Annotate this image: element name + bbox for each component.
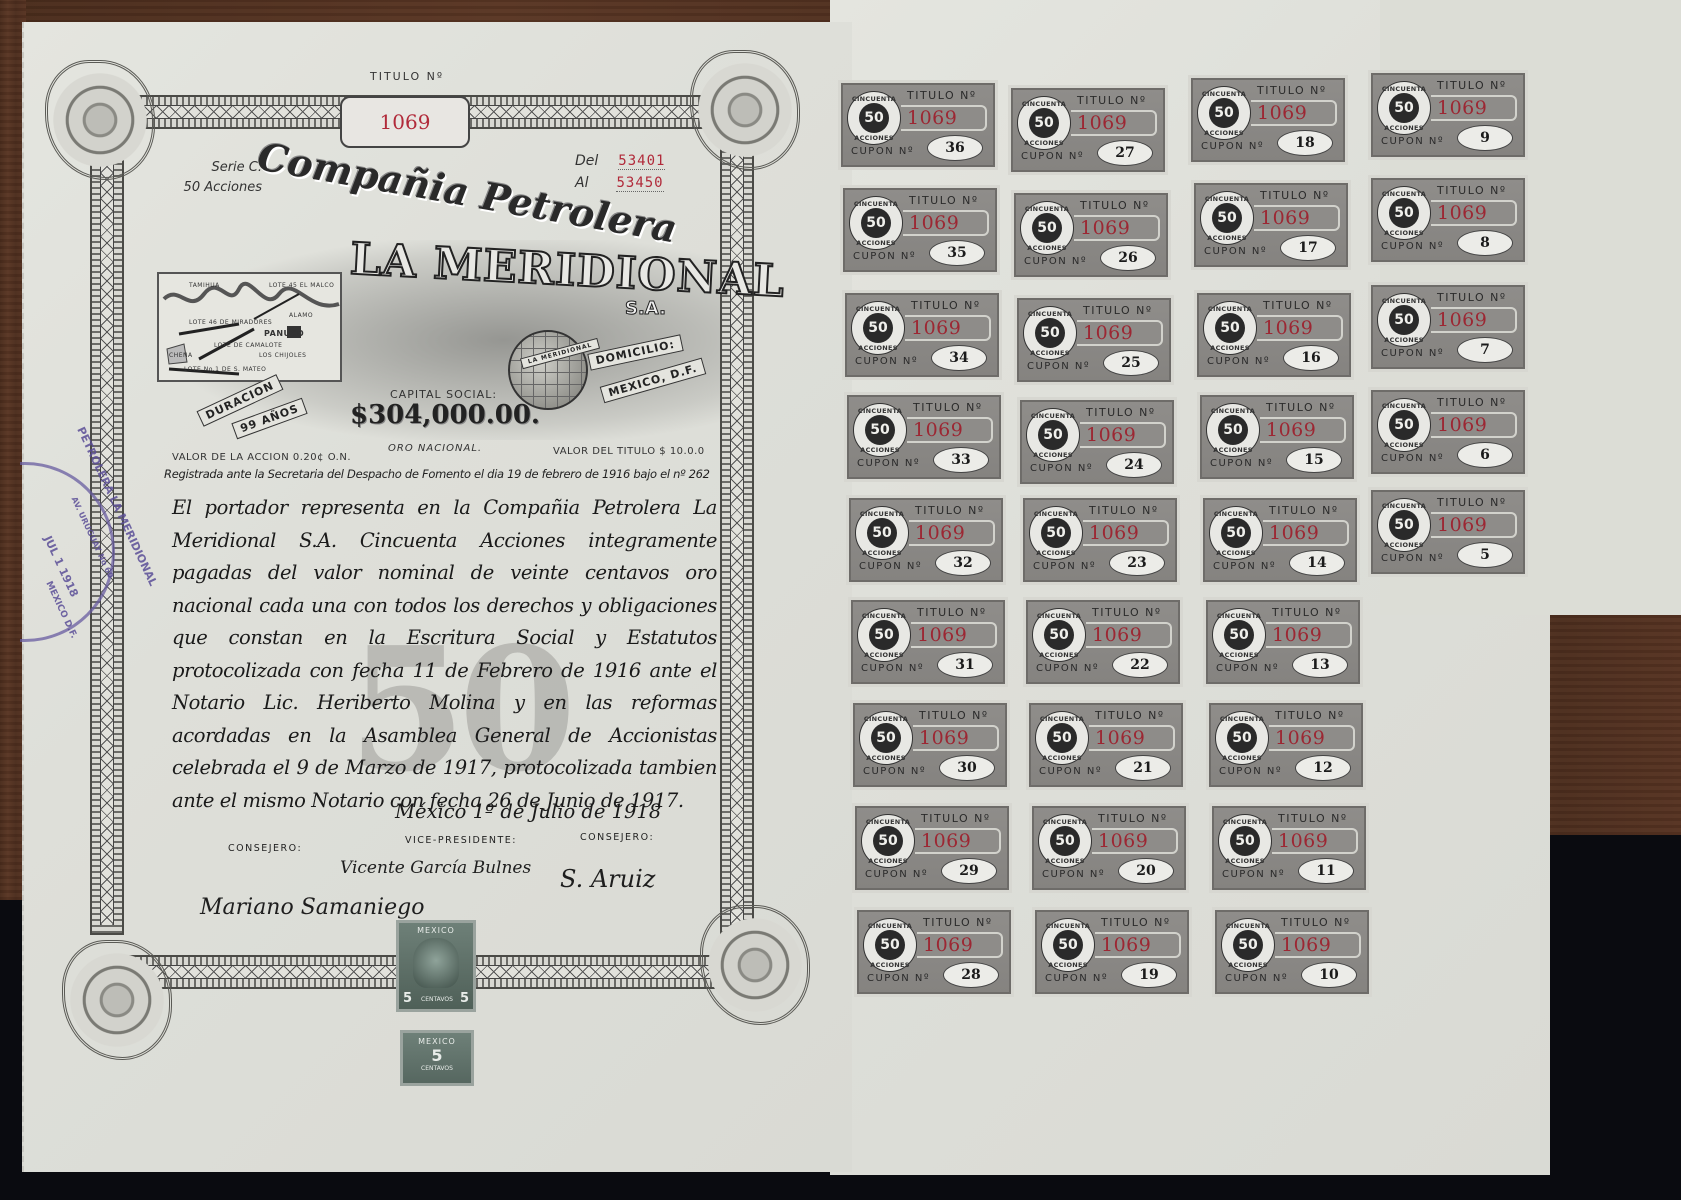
coupon-number: 25 bbox=[1103, 350, 1159, 376]
dividend-coupon[interactable]: CINCUENTA 50 ACCIONES TITULO Nº 1069 CUP… bbox=[842, 290, 1002, 380]
seal-ring-top: CINCUENTA bbox=[1382, 297, 1426, 305]
coupon-cupon-label: CUPON Nº bbox=[855, 356, 918, 367]
seal-ring-bottom: ACCIONES bbox=[1042, 754, 1081, 762]
coupon-titulo-label: TITULO Nº bbox=[921, 812, 991, 825]
coupon-titulo-label: TITULO Nº bbox=[1089, 504, 1159, 517]
coupon-number: 32 bbox=[935, 550, 991, 576]
stamp-country: MEXICO bbox=[418, 1037, 456, 1046]
coupon-titulo-number: 1069 bbox=[917, 624, 967, 646]
coupon-cupon-label: CUPON Nº bbox=[867, 973, 930, 984]
seal-ring-top: CINCUENTA bbox=[866, 818, 910, 826]
cincuenta-acciones-seal-icon: CINCUENTA 50 ACCIONES bbox=[851, 301, 905, 355]
seal-value: 50 bbox=[1044, 620, 1074, 650]
cincuenta-acciones-seal-icon: CINCUENTA 50 ACCIONES bbox=[861, 814, 915, 868]
cincuenta-acciones-seal-icon: CINCUENTA 50 ACCIONES bbox=[857, 608, 911, 662]
cincuenta-acciones-seal-icon: CINCUENTA 50 ACCIONES bbox=[1377, 498, 1431, 552]
cincuenta-acciones-seal-icon: CINCUENTA 50 ACCIONES bbox=[1023, 306, 1077, 360]
del-value: 53401 bbox=[618, 153, 665, 170]
cincuenta-acciones-seal-icon: CINCUENTA 50 ACCIONES bbox=[1038, 814, 1092, 868]
coupon-titulo-label: TITULO Nº bbox=[1266, 401, 1336, 414]
coupon-titulo-number: 1069 bbox=[1272, 624, 1322, 646]
seal-value: 50 bbox=[873, 826, 903, 856]
seal-value: 50 bbox=[1230, 826, 1260, 856]
seal-ring-bottom: ACCIONES bbox=[1027, 244, 1066, 252]
dividend-coupon[interactable]: CINCUENTA 50 ACCIONES TITULO Nº 1069 CUP… bbox=[1209, 803, 1369, 893]
seal-value: 50 bbox=[1389, 410, 1419, 440]
seal-ring-bottom: ACCIONES bbox=[1384, 336, 1423, 344]
cincuenta-acciones-seal-icon: CINCUENTA 50 ACCIONES bbox=[1041, 918, 1095, 972]
dividend-coupon[interactable]: CINCUENTA 50 ACCIONES TITULO Nº 1069 CUP… bbox=[838, 80, 998, 170]
cincuenta-acciones-seal-icon: CINCUENTA 50 ACCIONES bbox=[853, 403, 907, 457]
coupon-titulo-label: TITULO Nº bbox=[915, 504, 985, 517]
coupon-titulo-label: TITULO Nº bbox=[919, 709, 989, 722]
coupon-number: 22 bbox=[1112, 652, 1168, 678]
coupon-number: 17 bbox=[1280, 235, 1336, 261]
seal-ring-top: CINCUENTA bbox=[1022, 100, 1066, 108]
coupon-titulo-label: TITULO Nº bbox=[1281, 916, 1351, 929]
dividend-coupon[interactable]: CINCUENTA 50 ACCIONES TITULO Nº 1069 CUP… bbox=[1032, 907, 1192, 997]
seal-ring-bottom: ACCIONES bbox=[866, 754, 905, 762]
cincuenta-acciones-seal-icon: CINCUENTA 50 ACCIONES bbox=[1203, 301, 1257, 355]
seal-ring-top: CINCUENTA bbox=[1025, 205, 1069, 213]
seal-ring-bottom: ACCIONES bbox=[1222, 754, 1261, 762]
coupon-cupon-label: CUPON Nº bbox=[1219, 766, 1282, 777]
del-label: Del bbox=[575, 153, 598, 169]
dividend-coupon[interactable]: CINCUENTA 50 ACCIONES TITULO Nº 1069 CUP… bbox=[1200, 495, 1360, 585]
map-label: PANUCO bbox=[264, 329, 304, 338]
coupon-cupon-label: CUPON Nº bbox=[1036, 663, 1099, 674]
cincuenta-acciones-seal-icon: CINCUENTA 50 ACCIONES bbox=[1197, 86, 1251, 140]
seal-value: 50 bbox=[1053, 930, 1083, 960]
share-value: VALOR DE LA ACCION 0.20¢ O.N. bbox=[172, 452, 351, 463]
seal-value: 50 bbox=[1389, 305, 1419, 335]
certificate-body-text: El portador representa en la Compañia Pe… bbox=[172, 492, 717, 817]
seal-value: 50 bbox=[1389, 93, 1419, 123]
coupon-titulo-number: 1069 bbox=[1266, 419, 1316, 441]
dividend-coupon[interactable]: CINCUENTA 50 ACCIONES TITULO Nº 1069 CUP… bbox=[1368, 487, 1528, 577]
map-label: LOTE DE CAMALOTE bbox=[214, 342, 282, 349]
seal-ring-bottom: ACCIONES bbox=[1033, 451, 1072, 459]
coupon-cupon-label: CUPON Nº bbox=[865, 869, 928, 880]
seal-value: 50 bbox=[1209, 98, 1239, 128]
dividend-coupon[interactable]: CINCUENTA 50 ACCIONES TITULO Nº 1069 CUP… bbox=[1194, 290, 1354, 380]
dividend-coupon[interactable]: CINCUENTA 50 ACCIONES TITULO Nº 1069 CUP… bbox=[1368, 70, 1528, 160]
stamp-portrait-icon bbox=[413, 938, 459, 988]
coupon-titulo-label: TITULO Nº bbox=[1278, 812, 1348, 825]
coupon-titulo-number: 1069 bbox=[1275, 727, 1325, 749]
coupon-titulo-label: TITULO Nº bbox=[909, 194, 979, 207]
coupon-cupon-label: CUPON Nº bbox=[1381, 553, 1444, 564]
cincuenta-acciones-seal-icon: CINCUENTA 50 ACCIONES bbox=[1026, 408, 1080, 462]
coupon-titulo-label: TITULO Nº bbox=[1080, 199, 1150, 212]
stamp-value: 5 bbox=[460, 991, 469, 1006]
coupon-cupon-label: CUPON Nº bbox=[1210, 458, 1273, 469]
dividend-coupon[interactable]: CINCUENTA 50 ACCIONES TITULO Nº 1069 CUP… bbox=[1008, 85, 1168, 175]
cincuenta-acciones-seal-icon: CINCUENTA 50 ACCIONES bbox=[1206, 403, 1260, 457]
seal-ring-top: CINCUENTA bbox=[1382, 502, 1426, 510]
seal-ring-top: CINCUENTA bbox=[856, 305, 900, 313]
coupon-cupon-label: CUPON Nº bbox=[1222, 869, 1285, 880]
coupon-number: 26 bbox=[1100, 245, 1156, 271]
serie-label: Serie C. bbox=[182, 158, 262, 178]
coupon-cupon-label: CUPON Nº bbox=[1042, 869, 1105, 880]
oro-nacional: ORO NACIONAL. bbox=[388, 443, 482, 454]
seal-value: 50 bbox=[863, 313, 893, 343]
coupon-cupon-label: CUPON Nº bbox=[1381, 136, 1444, 147]
seal-ring-bottom: ACCIONES bbox=[1225, 857, 1264, 865]
cincuenta-acciones-seal-icon: CINCUENTA 50 ACCIONES bbox=[1377, 81, 1431, 135]
seal-ring-top: CINCUENTA bbox=[1040, 715, 1084, 723]
dividend-coupon[interactable]: CINCUENTA 50 ACCIONES TITULO Nº 1069 CUP… bbox=[1026, 700, 1186, 790]
coupon-number: 33 bbox=[933, 447, 989, 473]
coupon-number: 27 bbox=[1097, 140, 1153, 166]
seal-ring-bottom: ACCIONES bbox=[856, 239, 895, 247]
dividend-coupon[interactable]: CINCUENTA 50 ACCIONES TITULO Nº 1069 CUP… bbox=[1188, 75, 1348, 165]
company-suffix: S.A. bbox=[625, 298, 666, 319]
seal-ring-bottom: ACCIONES bbox=[1219, 651, 1258, 659]
dividend-coupon[interactable]: CINCUENTA 50 ACCIONES TITULO Nº 1069 CUP… bbox=[1368, 175, 1528, 265]
coupon-titulo-number: 1069 bbox=[1437, 97, 1487, 119]
seal-ring-bottom: ACCIONES bbox=[854, 134, 893, 142]
seal-value: 50 bbox=[1233, 930, 1263, 960]
dividend-coupon[interactable]: CINCUENTA 50 ACCIONES TITULO Nº 1069 CUP… bbox=[1212, 907, 1372, 997]
dividend-coupon[interactable]: CINCUENTA 50 ACCIONES TITULO Nº 1069 CUP… bbox=[850, 700, 1010, 790]
seal-ring-bottom: ACCIONES bbox=[1036, 549, 1075, 557]
coupon-number: 23 bbox=[1109, 550, 1165, 576]
coupon-number: 8 bbox=[1457, 230, 1513, 256]
map-label: LOS CHIJOLES bbox=[259, 352, 306, 359]
coupon-number: 19 bbox=[1121, 962, 1177, 988]
coupon-number: 16 bbox=[1283, 345, 1339, 371]
seal-ring-bottom: ACCIONES bbox=[860, 446, 899, 454]
cincuenta-acciones-seal-icon: CINCUENTA 50 ACCIONES bbox=[849, 196, 903, 250]
seal-ring-bottom: ACCIONES bbox=[1048, 961, 1087, 969]
coupon-number: 10 bbox=[1301, 962, 1357, 988]
coupon-cupon-label: CUPON Nº bbox=[1216, 663, 1279, 674]
revenue-stamp-2: MEXICO 5 CENTAVOS bbox=[400, 1030, 474, 1086]
seal-value: 50 bbox=[1050, 826, 1080, 856]
coupon-titulo-label: TITULO Nº bbox=[1257, 84, 1327, 97]
cincuenta-acciones-seal-icon: CINCUENTA 50 ACCIONES bbox=[1377, 293, 1431, 347]
coupon-number: 11 bbox=[1298, 858, 1354, 884]
coupon-titulo-label: TITULO Nº bbox=[1086, 406, 1156, 419]
coupon-titulo-number: 1069 bbox=[909, 212, 959, 234]
vice-presidente-label: VICE-PRESIDENTE: bbox=[405, 835, 517, 846]
coupon-number: 35 bbox=[929, 240, 985, 266]
seal-ring-bottom: ACCIONES bbox=[1204, 129, 1243, 137]
seal-ring-top: CINCUENTA bbox=[1028, 310, 1072, 318]
dividend-coupon[interactable]: CINCUENTA 50 ACCIONES TITULO Nº 1069 CUP… bbox=[1014, 295, 1174, 385]
coupon-cupon-label: CUPON Nº bbox=[857, 458, 920, 469]
coupon-number: 18 bbox=[1277, 130, 1333, 156]
cincuenta-acciones-seal-icon: CINCUENTA 50 ACCIONES bbox=[1377, 398, 1431, 452]
dividend-coupon[interactable]: CINCUENTA 50 ACCIONES TITULO Nº 1069 CUP… bbox=[1011, 190, 1171, 280]
dividend-coupon[interactable]: CINCUENTA 50 ACCIONES TITULO Nº 1069 CUP… bbox=[1023, 597, 1183, 687]
seal-ring-top: CINCUENTA bbox=[1382, 190, 1426, 198]
seal-ring-bottom: ACCIONES bbox=[1384, 124, 1423, 132]
coupon-cupon-label: CUPON Nº bbox=[851, 146, 914, 157]
seal-ring-top: CINCUENTA bbox=[1043, 818, 1087, 826]
coupon-titulo-number: 1069 bbox=[921, 830, 971, 852]
seal-ring-bottom: ACCIONES bbox=[868, 857, 907, 865]
seal-value: 50 bbox=[1218, 415, 1248, 445]
coupon-titulo-number: 1069 bbox=[1260, 207, 1310, 229]
titulo-number-box: 1069 bbox=[340, 96, 470, 148]
issue-date: México 1º de Julio de 1918 bbox=[395, 800, 661, 823]
dividend-coupon[interactable]: CINCUENTA 50 ACCIONES TITULO Nº 1069 CUP… bbox=[1368, 387, 1528, 477]
coupon-titulo-number: 1069 bbox=[919, 727, 969, 749]
coupon-titulo-label: TITULO Nº bbox=[1437, 184, 1507, 197]
coupon-titulo-label: TITULO Nº bbox=[1263, 299, 1333, 312]
seal-ring-top: CINCUENTA bbox=[1220, 715, 1264, 723]
seal-value: 50 bbox=[869, 620, 899, 650]
seal-ring-top: CINCUENTA bbox=[852, 95, 896, 103]
coupon-number: 14 bbox=[1289, 550, 1345, 576]
al-value: 53450 bbox=[616, 175, 663, 192]
series-info: Serie C. 50 Acciones bbox=[182, 158, 262, 198]
coupon-titulo-number: 1069 bbox=[1437, 202, 1487, 224]
coupon-titulo-label: TITULO Nº bbox=[913, 401, 983, 414]
seal-ring-bottom: ACCIONES bbox=[1213, 446, 1252, 454]
coupon-titulo-number: 1069 bbox=[1092, 624, 1142, 646]
coupon-number: 21 bbox=[1115, 755, 1171, 781]
coupon-titulo-label: TITULO Nº bbox=[1437, 79, 1507, 92]
seal-value: 50 bbox=[1035, 318, 1065, 348]
seal-ring-bottom: ACCIONES bbox=[1207, 234, 1246, 242]
coupon-titulo-label: TITULO Nº bbox=[1437, 496, 1507, 509]
coupon-titulo-number: 1069 bbox=[1437, 309, 1487, 331]
coupon-number: 12 bbox=[1295, 755, 1351, 781]
seal-ring-top: CINCUENTA bbox=[1382, 85, 1426, 93]
dividend-coupon[interactable]: CINCUENTA 50 ACCIONES TITULO Nº 1069 CUP… bbox=[1029, 803, 1189, 893]
seal-ring-top: CINCUENTA bbox=[1382, 402, 1426, 410]
seal-value: 50 bbox=[1227, 723, 1257, 753]
seal-value: 50 bbox=[1038, 420, 1068, 450]
seal-ring-top: CINCUENTA bbox=[1202, 90, 1246, 98]
dividend-coupon[interactable]: CINCUENTA 50 ACCIONES TITULO Nº 1069 CUP… bbox=[840, 185, 1000, 275]
coupon-titulo-label: TITULO Nº bbox=[1095, 709, 1165, 722]
seal-value: 50 bbox=[867, 518, 897, 548]
seal-ring-bottom: ACCIONES bbox=[1228, 961, 1267, 969]
coupon-number: 9 bbox=[1457, 125, 1513, 151]
seal-ring-bottom: ACCIONES bbox=[864, 651, 903, 659]
coupon-cupon-label: CUPON Nº bbox=[1381, 453, 1444, 464]
coupon-titulo-label: TITULO Nº bbox=[1092, 606, 1162, 619]
titulo-label: TITULO Nº bbox=[370, 70, 444, 83]
dividend-coupon[interactable]: CINCUENTA 50 ACCIONES TITULO Nº 1069 CUP… bbox=[846, 495, 1006, 585]
seal-ring-bottom: ACCIONES bbox=[1216, 549, 1255, 557]
seal-value: 50 bbox=[1389, 198, 1419, 228]
cincuenta-acciones-seal-icon: CINCUENTA 50 ACCIONES bbox=[1035, 711, 1089, 765]
acciones-count: 50 Acciones bbox=[182, 178, 262, 198]
cincuenta-acciones-seal-icon: CINCUENTA 50 ACCIONES bbox=[1020, 201, 1074, 255]
cincuenta-acciones-seal-icon: CINCUENTA 50 ACCIONES bbox=[847, 91, 901, 145]
coupon-titulo-number: 1069 bbox=[1095, 727, 1145, 749]
vice-presidente-signature: Vicente García Bulnes bbox=[340, 858, 531, 878]
map-label: CHENA bbox=[169, 352, 193, 359]
coupon-titulo-number: 1069 bbox=[907, 107, 957, 129]
coupon-titulo-label: TITULO Nº bbox=[1098, 812, 1168, 825]
seal-ring-top: CINCUENTA bbox=[858, 407, 902, 415]
seal-value: 50 bbox=[1041, 518, 1071, 548]
seal-ring-bottom: ACCIONES bbox=[1210, 344, 1249, 352]
coupon-cupon-label: CUPON Nº bbox=[1027, 361, 1090, 372]
revenue-stamp: MEXICO 55 CENTAVOS bbox=[396, 920, 476, 1012]
coupon-cupon-label: CUPON Nº bbox=[861, 663, 924, 674]
seal-ring-top: CINCUENTA bbox=[1031, 412, 1075, 420]
seal-value: 50 bbox=[1032, 213, 1062, 243]
dividend-coupon[interactable]: CINCUENTA 50 ACCIONES TITULO Nº 1069 CUP… bbox=[1191, 180, 1351, 270]
dividend-coupon[interactable]: CINCUENTA 50 ACCIONES TITULO Nº 1069 CUP… bbox=[852, 803, 1012, 893]
seal-ring-top: CINCUENTA bbox=[1211, 407, 1255, 415]
coupon-titulo-number: 1069 bbox=[1281, 934, 1331, 956]
coupon-titulo-label: TITULO Nº bbox=[911, 299, 981, 312]
seal-value: 50 bbox=[859, 103, 889, 133]
coupon-number: 30 bbox=[939, 755, 995, 781]
coupon-titulo-number: 1069 bbox=[1083, 322, 1133, 344]
seal-ring-top: CINCUENTA bbox=[1208, 305, 1252, 313]
coupon-cupon-label: CUPON Nº bbox=[1381, 241, 1444, 252]
titulo-number: 1069 bbox=[380, 110, 431, 134]
oil-fields-map: TAMIHUA LOTE 45 EL MALCO LOTE 46 DE MIRA… bbox=[157, 272, 342, 382]
dividend-coupon[interactable]: CINCUENTA 50 ACCIONES TITULO Nº 1069 CUP… bbox=[844, 392, 1004, 482]
seal-value: 50 bbox=[1389, 510, 1419, 540]
seal-value: 50 bbox=[875, 930, 905, 960]
seal-ring-top: CINCUENTA bbox=[1214, 510, 1258, 518]
registration-line: Registrada ante la Secretaria del Despac… bbox=[164, 467, 710, 481]
coupon-number: 7 bbox=[1457, 337, 1513, 363]
coupon-number: 15 bbox=[1286, 447, 1342, 473]
share-range: Del53401 Al53450 bbox=[575, 150, 665, 194]
dividend-coupon[interactable]: CINCUENTA 50 ACCIONES TITULO Nº 1069 CUP… bbox=[1203, 597, 1363, 687]
seal-value: 50 bbox=[1221, 518, 1251, 548]
coupon-number: 24 bbox=[1106, 452, 1162, 478]
cincuenta-acciones-seal-icon: CINCUENTA 50 ACCIONES bbox=[859, 711, 913, 765]
coupon-titulo-label: TITULO Nº bbox=[1083, 304, 1153, 317]
seal-ring-top: CINCUENTA bbox=[1034, 510, 1078, 518]
seal-value: 50 bbox=[1215, 313, 1245, 343]
dividend-coupon[interactable]: CINCUENTA 50 ACCIONES TITULO Nº 1069 CUP… bbox=[848, 597, 1008, 687]
seal-ring-top: CINCUENTA bbox=[1226, 922, 1270, 930]
seal-ring-top: CINCUENTA bbox=[1223, 818, 1267, 826]
coupon-number: 5 bbox=[1457, 542, 1513, 568]
stamp-value: 5 bbox=[431, 1046, 442, 1065]
seal-ring-top: CINCUENTA bbox=[864, 715, 908, 723]
coupon-number: 34 bbox=[931, 345, 987, 371]
dividend-coupon[interactable]: CINCUENTA 50 ACCIONES TITULO Nº 1069 CUP… bbox=[1017, 397, 1177, 487]
cincuenta-acciones-seal-icon: CINCUENTA 50 ACCIONES bbox=[1212, 608, 1266, 662]
coupon-cupon-label: CUPON Nº bbox=[1021, 151, 1084, 162]
seal-ring-bottom: ACCIONES bbox=[1384, 441, 1423, 449]
coupon-number: 36 bbox=[927, 135, 983, 161]
seal-value: 50 bbox=[1029, 108, 1059, 138]
dividend-coupon[interactable]: CINCUENTA 50 ACCIONES TITULO Nº 1069 CUP… bbox=[1206, 700, 1366, 790]
seal-ring-bottom: ACCIONES bbox=[862, 549, 901, 557]
seal-ring-bottom: ACCIONES bbox=[1039, 651, 1078, 659]
seal-ring-bottom: ACCIONES bbox=[1030, 349, 1069, 357]
coupon-titulo-number: 1069 bbox=[1101, 934, 1151, 956]
coupon-titulo-number: 1069 bbox=[1437, 514, 1487, 536]
consejero-left-signature: Mariano Samaniego bbox=[200, 895, 424, 920]
cincuenta-acciones-seal-icon: CINCUENTA 50 ACCIONES bbox=[1215, 711, 1269, 765]
coupon-titulo-number: 1069 bbox=[1077, 112, 1127, 134]
seal-ring-bottom: ACCIONES bbox=[1384, 541, 1423, 549]
seal-ring-bottom: ACCIONES bbox=[1384, 229, 1423, 237]
cincuenta-acciones-seal-icon: CINCUENTA 50 ACCIONES bbox=[1017, 96, 1071, 150]
coupon-titulo-label: TITULO Nº bbox=[907, 89, 977, 102]
dividend-coupon[interactable]: CINCUENTA 50 ACCIONES TITULO Nº 1069 CUP… bbox=[1197, 392, 1357, 482]
cincuenta-acciones-seal-icon: CINCUENTA 50 ACCIONES bbox=[1032, 608, 1086, 662]
coupon-cupon-label: CUPON Nº bbox=[1039, 766, 1102, 777]
coupon-cupon-label: CUPON Nº bbox=[1030, 463, 1093, 474]
coupon-cupon-label: CUPON Nº bbox=[863, 766, 926, 777]
globe-icon bbox=[508, 330, 588, 410]
seal-ring-top: CINCUENTA bbox=[860, 510, 904, 518]
title-value: VALOR DEL TITULO $ 10.0.0 bbox=[553, 446, 705, 457]
coupon-titulo-number: 1069 bbox=[1269, 522, 1319, 544]
coupon-titulo-number: 1069 bbox=[913, 419, 963, 441]
coupon-number: 31 bbox=[937, 652, 993, 678]
dividend-coupon[interactable]: CINCUENTA 50 ACCIONES TITULO Nº 1069 CUP… bbox=[1368, 282, 1528, 372]
cincuenta-acciones-seal-icon: CINCUENTA 50 ACCIONES bbox=[1029, 506, 1083, 560]
seal-ring-top: CINCUENTA bbox=[1037, 612, 1081, 620]
coupon-cupon-label: CUPON Nº bbox=[1207, 356, 1270, 367]
coupon-titulo-number: 1069 bbox=[1086, 424, 1136, 446]
stamp-country: MEXICO bbox=[417, 926, 455, 935]
seal-value: 50 bbox=[861, 208, 891, 238]
coupon-number: 20 bbox=[1118, 858, 1174, 884]
seal-ring-top: CINCUENTA bbox=[862, 612, 906, 620]
cincuenta-acciones-seal-icon: CINCUENTA 50 ACCIONES bbox=[1200, 191, 1254, 245]
map-label: LOTE 46 DE MIRADORES bbox=[189, 319, 272, 326]
cincuenta-acciones-seal-icon: CINCUENTA 50 ACCIONES bbox=[863, 918, 917, 972]
dividend-coupon[interactable]: CINCUENTA 50 ACCIONES TITULO Nº 1069 CUP… bbox=[1020, 495, 1180, 585]
coupon-cupon-label: CUPON Nº bbox=[859, 561, 922, 572]
cincuenta-acciones-seal-icon: CINCUENTA 50 ACCIONES bbox=[1209, 506, 1263, 560]
coupon-titulo-number: 1069 bbox=[1080, 217, 1130, 239]
coupon-cupon-label: CUPON Nº bbox=[1033, 561, 1096, 572]
map-label: LOTE 45 EL MALCO bbox=[269, 282, 334, 289]
cincuenta-acciones-seal-icon: CINCUENTA 50 ACCIONES bbox=[1221, 918, 1275, 972]
stamp-unit: CENTAVOS bbox=[421, 996, 453, 1003]
coupon-titulo-number: 1069 bbox=[1437, 414, 1487, 436]
seal-value: 50 bbox=[1047, 723, 1077, 753]
coupon-titulo-label: TITULO Nº bbox=[1272, 606, 1342, 619]
coupon-titulo-label: TITULO Nº bbox=[1077, 94, 1147, 107]
seal-ring-top: CINCUENTA bbox=[868, 922, 912, 930]
coupon-titulo-label: TITULO Nº bbox=[1101, 916, 1171, 929]
coupon-titulo-number: 1069 bbox=[1263, 317, 1313, 339]
cincuenta-acciones-seal-icon: CINCUENTA 50 ACCIONES bbox=[855, 506, 909, 560]
seal-ring-top: CINCUENTA bbox=[854, 200, 898, 208]
seal-value: 50 bbox=[1212, 203, 1242, 233]
dividend-coupon[interactable]: CINCUENTA 50 ACCIONES TITULO Nº 1069 CUP… bbox=[854, 907, 1014, 997]
seal-ring-bottom: ACCIONES bbox=[858, 344, 897, 352]
seal-ring-bottom: ACCIONES bbox=[870, 961, 909, 969]
coupon-titulo-label: TITULO Nº bbox=[1269, 504, 1339, 517]
coupon-number: 29 bbox=[941, 858, 997, 884]
seal-ring-bottom: ACCIONES bbox=[1024, 139, 1063, 147]
coupon-titulo-label: TITULO Nº bbox=[1275, 709, 1345, 722]
coupon-titulo-label: TITULO Nº bbox=[1437, 396, 1507, 409]
coupon-titulo-number: 1069 bbox=[1089, 522, 1139, 544]
seal-ring-top: CINCUENTA bbox=[1205, 195, 1249, 203]
coupon-titulo-label: TITULO Nº bbox=[1260, 189, 1330, 202]
stamp-unit: CENTAVOS bbox=[421, 1065, 453, 1072]
coupon-cupon-label: CUPON Nº bbox=[1201, 141, 1264, 152]
coupon-cupon-label: CUPON Nº bbox=[1024, 256, 1087, 267]
coupon-titulo-number: 1069 bbox=[1098, 830, 1148, 852]
